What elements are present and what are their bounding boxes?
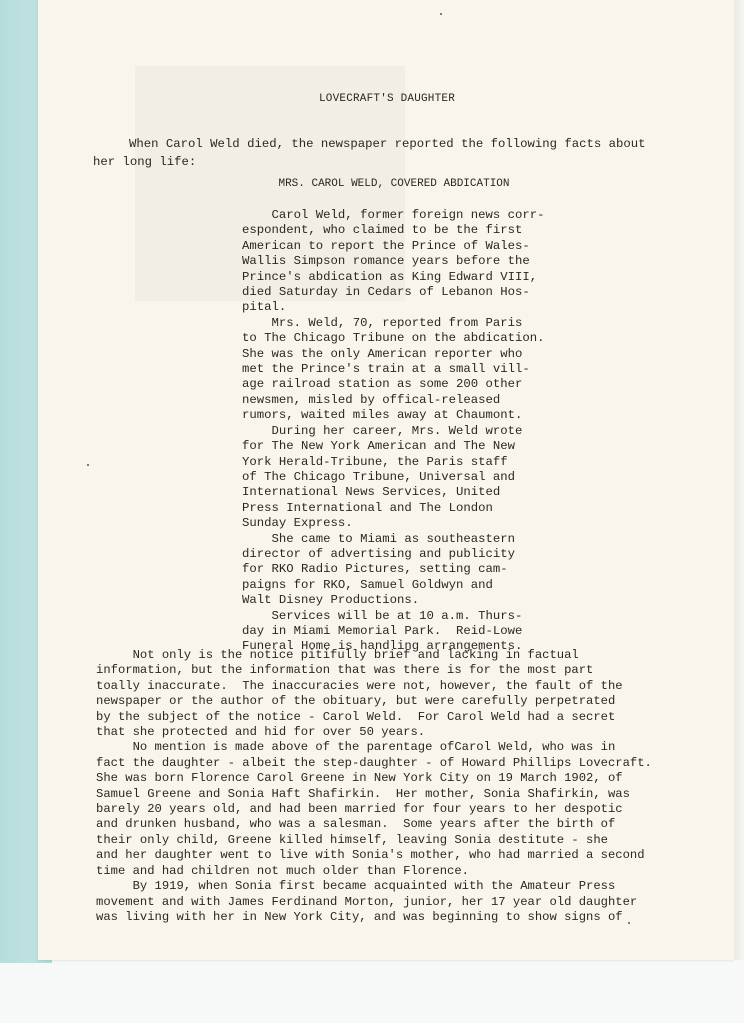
notice-line: Prince's abdication as King Edward VIII, <box>242 270 562 285</box>
body-line: that she protected and hid for over 50 y… <box>96 725 676 740</box>
notice-line: Wallis Simpson romance years before the <box>242 254 562 269</box>
notice-line: age railroad station as some 200 other <box>242 377 562 392</box>
document-title: LOVECRAFT'S DAUGHTER <box>0 93 744 105</box>
body-line: by the subject of the notice - Carol Wel… <box>96 710 676 725</box>
notice-line: Press International and The London <box>242 501 562 516</box>
notice-line: York Herald-Tribune, the Paris staff <box>242 455 562 470</box>
notice-line: director of advertising and publicity <box>242 547 562 562</box>
notice-line: espondent, who claimed to be the first <box>242 223 562 238</box>
notice-line: newsmen, misled by offical-released <box>242 393 562 408</box>
notice-line: Walt Disney Productions. <box>242 593 562 608</box>
notice-line: Mrs. Weld, 70, reported from Paris <box>242 316 562 331</box>
obituary-notice: Carol Weld, former foreign news corr- es… <box>242 208 562 655</box>
notice-line: for The New York American and The New <box>242 439 562 454</box>
body-line: and her daughter went to live with Sonia… <box>96 848 676 863</box>
body-line: and drunken husband, who was a salesman.… <box>96 817 676 832</box>
body-line: She was born Florence Carol Greene in Ne… <box>96 771 676 786</box>
notice-line: met the Prince's train at a small vill- <box>242 362 562 377</box>
body-line: Samuel Greene and Sonia Haft Shafirkin. … <box>96 787 676 802</box>
body-line: Not only is the notice pitifully brief a… <box>96 648 676 663</box>
notice-line: paigns for RKO, Samuel Goldwyn and <box>242 578 562 593</box>
body-line: barely 20 years old, and had been marrie… <box>96 802 676 817</box>
notice-line: During her career, Mrs. Weld wrote <box>242 424 562 439</box>
notice-line: Carol Weld, former foreign news corr- <box>242 208 562 223</box>
notice-line: rumors, waited miles away at Chaumont. <box>242 408 562 423</box>
body-text: Not only is the notice pitifully brief a… <box>96 648 676 925</box>
paper-edge-shadow <box>734 0 744 960</box>
body-line: newspaper or the author of the obituary,… <box>96 694 676 709</box>
paper-speck <box>87 464 89 466</box>
notice-line: to The Chicago Tribune on the abdication… <box>242 331 562 346</box>
notice-line: International News Services, United <box>242 485 562 500</box>
body-line: was living with her in New York City, an… <box>96 910 676 925</box>
body-line: By 1919, when Sonia first became acquain… <box>96 879 676 894</box>
notice-line: She was the only American reporter who <box>242 347 562 362</box>
notice-line: for RKO Radio Pictures, setting cam- <box>242 562 562 577</box>
paper-speck <box>440 13 442 15</box>
notice-line: Services will be at 10 a.m. Thurs- <box>242 609 562 624</box>
notice-line: She came to Miami as southeastern <box>242 532 562 547</box>
body-line: No mention is made above of the parentag… <box>96 740 676 755</box>
body-line: information, but the information that wa… <box>96 663 676 678</box>
notice-line: of The Chicago Tribune, Universal and <box>242 470 562 485</box>
body-line: fact the daughter - albeit the step-daug… <box>96 756 676 771</box>
body-line: toally inaccurate. The inaccuracies were… <box>96 679 676 694</box>
notice-heading: MRS. CAROL WELD, COVERED ABDICATION <box>0 178 744 190</box>
body-line: time and had children not much older tha… <box>96 864 676 879</box>
notice-line: pital. <box>242 300 562 315</box>
intro-paragraph: When Carol Weld died, the newspaper repo… <box>93 135 653 171</box>
body-line: movement and with James Ferdinand Morton… <box>96 895 676 910</box>
notice-line: American to report the Prince of Wales- <box>242 239 562 254</box>
notice-line: day in Miami Memorial Park. Reid-Lowe <box>242 624 562 639</box>
body-line: their only child, Greene killed himself,… <box>96 833 676 848</box>
notice-line: died Saturday in Cedars of Lebanon Hos- <box>242 285 562 300</box>
notice-line: Sunday Express. <box>242 516 562 531</box>
